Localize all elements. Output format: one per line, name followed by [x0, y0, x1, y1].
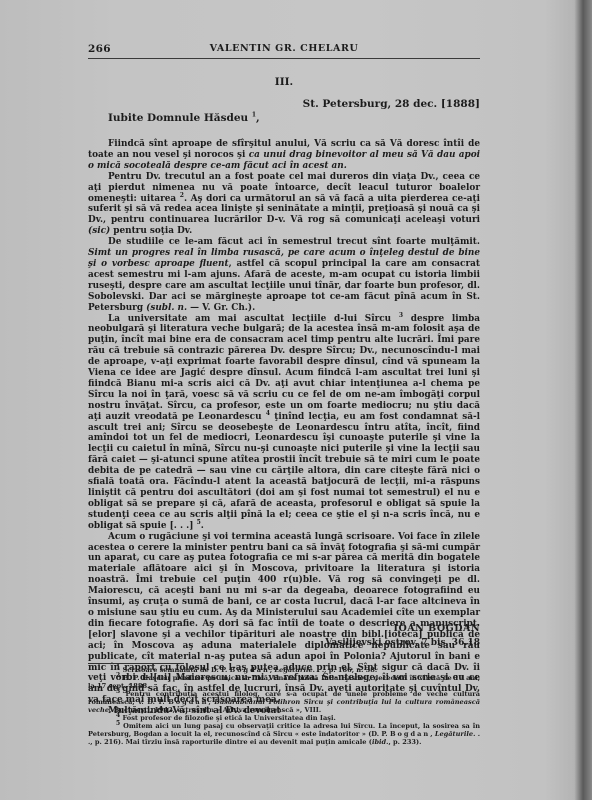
footnote-ref: 1	[252, 112, 256, 119]
footnote: 1 Scrisoare semnalată de D. P. Bogdan, L…	[88, 666, 480, 674]
footnote-ref: 5	[197, 519, 201, 526]
footnote-number: 3	[116, 688, 120, 695]
footnote: 2 B. P. Hasdeu pierduse pe unica sa fiic…	[88, 674, 480, 690]
footnote-ref: 3	[399, 312, 403, 319]
italic-text: Basarabeanul Polihron Sîrcu şi contribuţ…	[88, 698, 480, 714]
letter-paragraph: De studiile ce le-am făcut aci în semest…	[88, 237, 480, 313]
letter-salutation: Iubite Domnule Hăsdeu 1,	[108, 112, 260, 124]
spaced-author-name: Bogdan	[168, 698, 208, 706]
italic-text: ibid.	[372, 738, 389, 746]
signature-block: IOAN BOGDAN Vasilijevski ostrov, 7 bis. …	[325, 622, 480, 650]
footnote-ref: 2	[180, 192, 184, 199]
footnote: 3 Pentru contribuţia acestui filolog, ca…	[88, 690, 480, 714]
footnote: 4 Fost profesor de filozofie şi etică la…	[88, 714, 480, 722]
italic-text: Simt un progres real în limba rusască, p…	[88, 248, 480, 269]
signature-address: Vasilijevski ostrov, 7 bis. 36.18	[325, 636, 480, 650]
salutation-text: Iubite Domnule Hăsdeu	[108, 112, 248, 124]
book-page: 266 VALENTIN GR. CHELARU III. St. Peters…	[0, 0, 592, 800]
italic-text: (sic)	[88, 226, 110, 236]
footnotes: 1 Scrisoare semnalată de D. P. Bogdan, L…	[88, 666, 480, 746]
letter-number: III.	[88, 76, 480, 88]
italic-text: Legăturile. . .	[274, 666, 324, 674]
letter-dateline: St. Petersburg, 28 dec. [1888]	[303, 98, 480, 110]
italic-text: (subl. n.	[146, 303, 187, 313]
footnote: 5 Omitem aici un lung pasaj cu observaţi…	[88, 722, 480, 746]
signature-name: IOAN BOGDAN	[325, 622, 480, 636]
footnote-number: 4	[116, 712, 120, 719]
footnote-ref: 4	[266, 410, 270, 417]
footnote-divider	[88, 663, 184, 664]
footnote-number: 5	[116, 720, 120, 727]
running-title: VALENTIN GR. CHELARU	[88, 43, 480, 54]
page-header: 266 VALENTIN GR. CHELARU	[88, 42, 480, 59]
letter-paragraph: Fiindcă sînt aproape de sfîrşitul anului…	[88, 139, 480, 172]
letter-paragraph: Pentru Dv. trecutul an a fost poate cel …	[88, 172, 480, 237]
letter-paragraph: La universitate am mai ascultat lecţiile…	[88, 314, 480, 532]
spaced-author-name: Bogdan	[390, 730, 430, 738]
italic-text: ca unui drag binevoitor al meu să Vă dau…	[88, 150, 480, 171]
footnote-number: 2	[116, 672, 120, 679]
spaced-author-name: Bogdan	[230, 666, 270, 674]
footnote-number: 1	[116, 664, 120, 671]
